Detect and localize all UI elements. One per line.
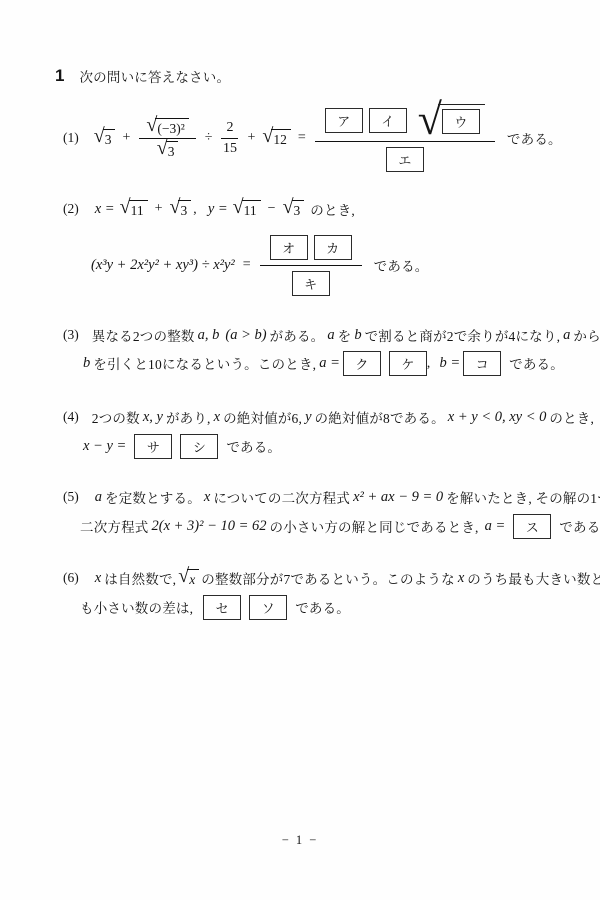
q3-math: a, b <box>198 327 220 344</box>
q4-math-x-minus-y: x − y = <box>83 438 126 455</box>
q2-suffix: である。 <box>374 255 429 275</box>
q3-math-a-equals: a = <box>319 355 340 372</box>
q5-math-a-equals: a = <box>485 518 506 535</box>
answer-box-sa: サ <box>134 434 172 459</box>
q3-math: a <box>563 327 570 344</box>
q1-suffix: である。 <box>507 128 562 148</box>
q3-suffix: である。 <box>509 353 564 373</box>
comma: , <box>193 201 197 217</box>
q1-label: (1) <box>63 130 79 146</box>
q3-text: で割ると商が2で余りが4になり, <box>365 325 561 345</box>
q4-text: のとき, <box>549 407 594 427</box>
q6-text: のうち最も大きい数と最 <box>467 568 600 588</box>
page-number: − 1 − <box>0 833 600 848</box>
answer-box-shi: シ <box>180 434 218 459</box>
answer-box-su: ス <box>513 514 551 539</box>
answer-box-ka: カ <box>314 235 352 260</box>
q3-text: 異なる2つの整数 <box>92 325 195 345</box>
question-4-line1: (4) 2つの数 x, y があり, x の絶対値が6, y の絶対値が8である… <box>63 406 594 428</box>
q3-math: b <box>83 355 90 372</box>
equals-operator: = <box>298 130 306 146</box>
radicand: 3 <box>292 200 305 218</box>
q2-no-toki: のとき, <box>310 199 355 219</box>
sqrt-11: √ 11 <box>120 200 148 218</box>
radicand: (−3)² <box>155 118 188 136</box>
divide-operator: ÷ <box>205 130 213 146</box>
q6-math: x <box>95 570 101 587</box>
sqrt-3: √ 3 <box>283 200 305 218</box>
question-3-line1: (3) 異なる2つの整数 a, b (a > b) がある。 a を b で割る… <box>63 324 600 346</box>
radicand: 3 <box>178 200 191 218</box>
question-4-line2: x − y = サ シ である。 <box>80 430 281 462</box>
answer-box-i: イ <box>369 108 407 133</box>
q5-math: x <box>204 489 210 506</box>
minus-operator: − <box>268 201 276 217</box>
answer-box-ke: ケ <box>389 351 427 376</box>
q4-text: の絶対値が8である。 <box>315 407 445 427</box>
sqrt-x: √ x <box>178 569 199 587</box>
radicand: 12 <box>271 129 291 147</box>
q3-label: (3) <box>63 327 79 343</box>
question-6-line1: (6) x は自然数で, √ x の整数部分が7であるという。このような x の… <box>63 567 600 589</box>
exam-page: 1 次の問いに答えなさい。 (1) √ 3 + √ (−3)² √ 3 ÷ <box>0 0 600 900</box>
q4-suffix: である。 <box>226 436 281 456</box>
q5-text: の小さい方の解と同じであるとき, <box>270 516 479 536</box>
q4-label: (4) <box>63 409 79 425</box>
q3-math: b <box>354 327 361 344</box>
q2-expression: (x³y + 2x²y² + xy³) ÷ x²y² <box>91 257 235 274</box>
q3-math-b-equals: b = <box>439 355 460 372</box>
q4-text: 2つの数 <box>92 407 140 427</box>
q6-text: の整数部分が7であるという。このような <box>201 568 455 588</box>
radicand: 11 <box>242 200 261 218</box>
radicand: 3 <box>166 141 179 159</box>
answer-box-a: ア <box>325 108 363 133</box>
denominator: 15 <box>223 141 237 157</box>
q3-text: を <box>338 325 352 345</box>
q4-math: x + y < 0, xy < 0 <box>448 409 547 426</box>
sqrt-11: √ 11 <box>233 200 261 218</box>
q6-text: は自然数で, <box>104 568 176 588</box>
q6-text: も小さい数の差は, <box>80 597 193 617</box>
q5-label: (5) <box>63 489 79 505</box>
sqrt-12: √ 12 <box>262 129 290 147</box>
math-x-equals: x = <box>95 201 115 218</box>
q3-text: から <box>573 325 600 345</box>
question-5-line1: (5) a を定数とする。 x についての二次方程式 x² + ax − 9 =… <box>63 486 600 508</box>
section-title: 1 次の問いに答えなさい。 <box>55 66 230 86</box>
answer-box-e: エ <box>386 147 424 172</box>
sqrt-answer-box: √ ウ <box>418 104 485 136</box>
q5-text: を定数とする。 <box>105 487 201 507</box>
radicand: 11 <box>129 200 148 218</box>
q5-suffix: である。 <box>559 516 600 536</box>
equals-operator: = <box>243 257 251 273</box>
math-y-equals: y = <box>208 201 228 218</box>
answer-box-ku: ク <box>343 351 381 376</box>
q4-text: の絶対値が6, <box>223 407 302 427</box>
question-2-equation: (x³y + 2x²y² + xy³) ÷ x²y² = オ カ キ である。 <box>88 234 428 296</box>
answer-box-u: ウ <box>442 109 480 134</box>
q3-text: がある。 <box>270 325 325 345</box>
answer-fraction: オ カ キ <box>260 235 362 296</box>
q6-math: x <box>458 570 464 587</box>
answer-box-ki: キ <box>292 271 330 296</box>
plus-operator: + <box>247 130 255 146</box>
comma: , <box>427 355 431 371</box>
section-instruction: 次の問いに答えなさい。 <box>79 66 230 86</box>
section-number: 1 <box>55 66 64 86</box>
fraction-sqrt: √ (−3)² √ 3 <box>139 118 195 159</box>
question-3-line2: b を引くと10になるという。このとき, a = ク ケ , b = コ である… <box>80 347 564 379</box>
plus-operator: + <box>155 201 163 217</box>
plus-operator: + <box>122 130 130 146</box>
q3-math: (a > b) <box>225 327 266 344</box>
fraction-2-15: 2 15 <box>221 120 238 157</box>
answer-box-so: ソ <box>249 595 287 620</box>
q4-text: があり, <box>166 407 211 427</box>
sqrt-3: √ 3 <box>94 129 116 147</box>
sqrt-neg3-squared: √ (−3)² <box>146 118 188 136</box>
radicand: 3 <box>103 129 116 147</box>
question-1: (1) √ 3 + √ (−3)² √ 3 ÷ 2 15 + <box>63 100 562 176</box>
q5-math: a <box>95 489 102 506</box>
q3-text: を引くと10になるという。このとき, <box>93 353 316 373</box>
q5-text: を解いたとき, その解の1つが <box>446 487 600 507</box>
q4-math: y <box>305 409 311 426</box>
q6-suffix: である。 <box>295 597 350 617</box>
q5-math-equation2: 2(x + 3)² − 10 = 62 <box>152 518 267 535</box>
answer-fraction: ア イ √ ウ エ <box>315 104 495 172</box>
sqrt-3: √ 3 <box>170 200 192 218</box>
q6-label: (6) <box>63 570 79 586</box>
sqrt-3: √ 3 <box>157 141 179 159</box>
q5-text: についての二次方程式 <box>213 487 350 507</box>
answer-box-o: オ <box>270 235 308 260</box>
q4-math: x <box>214 409 220 426</box>
answer-box-ko: コ <box>463 351 501 376</box>
q3-math: a <box>327 327 334 344</box>
answer-box-se: セ <box>203 595 241 620</box>
q4-math: x, y <box>143 409 163 426</box>
radicand: x <box>187 569 199 587</box>
question-6-line2: も小さい数の差は, セ ソ である。 <box>80 591 350 623</box>
numerator: 2 <box>226 120 233 136</box>
question-5-line2: 二次方程式 2(x + 3)² − 10 = 62 の小さい方の解と同じであると… <box>80 510 600 542</box>
question-2-line1: (2) x = √ 11 + √ 3 , y = √ 11 − √ 3 のとき, <box>63 196 355 222</box>
q2-label: (2) <box>63 201 79 217</box>
q5-text: 二次方程式 <box>80 516 149 536</box>
q5-math-equation1: x² + ax − 9 = 0 <box>353 489 443 506</box>
